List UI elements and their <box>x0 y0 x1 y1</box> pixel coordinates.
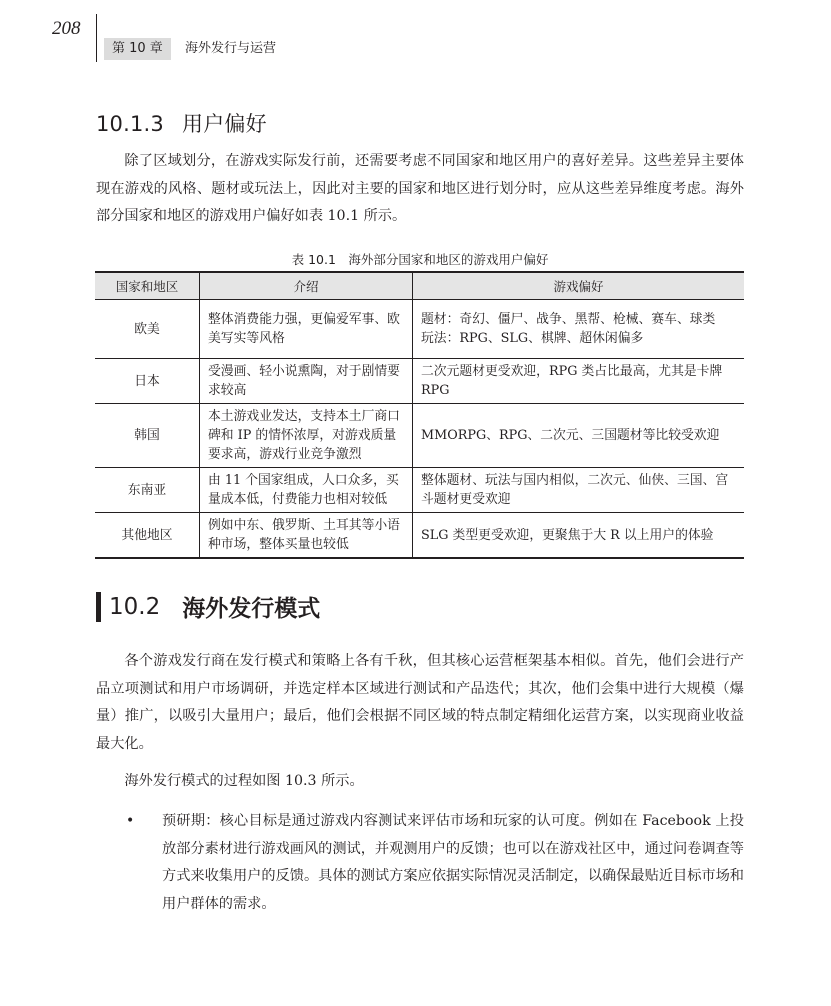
section-number: 10.2 <box>109 594 160 620</box>
preference-cell: MMORPG、RPG、二次元、三国题材等比较受欢迎 <box>413 404 745 468</box>
table-row: 日本 受漫画、轻小说熏陶，对于剧情要求较高 二次元题材更受欢迎，RPG 类占比最… <box>95 359 744 404</box>
intro-cell: 由 11 个国家组成，人口众多，买量成本低，付费能力也相对较低 <box>200 468 413 513</box>
region-cell: 韩国 <box>95 404 200 468</box>
chapter-title: 海外发行与运营 <box>185 38 276 60</box>
region-cell: 日本 <box>95 359 200 404</box>
table-row: 东南亚 由 11 个国家组成，人口众多，买量成本低，付费能力也相对较低 整体题材… <box>95 468 744 513</box>
preference-cell: 二次元题材更受欢迎，RPG 类占比最高，尤其是卡牌 RPG <box>413 359 745 404</box>
bullet-text: 预研期：核心目标是通过游戏内容测试来评估市场和玩家的认可度。例如在 Facebo… <box>162 808 744 918</box>
table-row: 欧美 整体消费能力强，更偏爱军事、欧美写实等风格 题材：奇幻、僵尸、战争、黑帮、… <box>95 300 744 359</box>
region-cell: 其他地区 <box>95 513 200 559</box>
table-row: 韩国 本土游戏业发达，支持本土厂商口碑和 IP 的情怀浓厚，对游戏质量要求高，游… <box>95 404 744 468</box>
body-paragraph: 除了区域划分，在游戏实际发行前，还需要考虑不同国家和地区用户的喜好差异。这些差异… <box>96 148 744 231</box>
preference-cell: SLG 类型更受欢迎，更聚焦于大 R 以上用户的体验 <box>413 513 745 559</box>
table-row: 其他地区 例如中东、俄罗斯、土耳其等小语种市场，整体买量也较低 SLG 类型更受… <box>95 513 744 559</box>
section-title: 用户偏好 <box>182 112 267 136</box>
preference-cell: 题材：奇幻、僵尸、战争、黑帮、枪械、赛车、球类 玩法：RPG、SLG、棋牌、超休… <box>413 300 745 359</box>
column-header-region: 国家和地区 <box>95 272 200 300</box>
table-caption: 表 10.1 海外部分国家和地区的游戏用户偏好 <box>96 250 744 268</box>
preference-cell: 整体题材、玩法与国内相似，二次元、仙侠、三国、宫斗题材更受欢迎 <box>413 468 745 513</box>
region-cell: 东南亚 <box>95 468 200 513</box>
preference-theme: 题材：奇幻、僵尸、战争、黑帮、枪械、赛车、球类 <box>421 310 736 329</box>
bullet-icon: • <box>126 808 134 836</box>
section-number: 10.1.3 <box>96 112 164 136</box>
section-title: 海外发行模式 <box>182 590 320 623</box>
chapter-tag: 第 10 章 <box>104 38 171 60</box>
column-header-preference: 游戏偏好 <box>413 272 745 300</box>
region-cell: 欧美 <box>95 300 200 359</box>
table-header-row: 国家和地区 介绍 游戏偏好 <box>95 272 744 300</box>
intro-cell: 本土游戏业发达，支持本土厂商口碑和 IP 的情怀浓厚，对游戏质量要求高，游戏行业… <box>200 404 413 468</box>
body-paragraph: 各个游戏发行商在发行模式和策略上各有千秋，但其核心运营框架基本相似。首先，他们会… <box>96 648 744 758</box>
intro-cell: 整体消费能力强，更偏爱军事、欧美写实等风格 <box>200 300 413 359</box>
page-number: 208 <box>52 18 81 40</box>
heading-bar-marker <box>96 592 101 622</box>
bullet-list-item: • 预研期：核心目标是通过游戏内容测试来评估市场和玩家的认可度。例如在 Face… <box>96 808 744 918</box>
body-paragraph: 海外发行模式的过程如图 10.3 所示。 <box>96 768 744 796</box>
intro-cell: 例如中东、俄罗斯、土耳其等小语种市场，整体买量也较低 <box>200 513 413 559</box>
section-heading-10-1-3: 10.1.3用户偏好 <box>96 108 267 138</box>
preference-gameplay: 玩法：RPG、SLG、棋牌、超休闲偏多 <box>421 329 736 348</box>
header-divider <box>96 14 97 62</box>
column-header-intro: 介绍 <box>200 272 413 300</box>
intro-cell: 受漫画、轻小说熏陶，对于剧情要求较高 <box>200 359 413 404</box>
section-heading-10-2: 10.2 海外发行模式 <box>96 590 320 623</box>
user-preference-table: 国家和地区 介绍 游戏偏好 欧美 整体消费能力强，更偏爱军事、欧美写实等风格 题… <box>95 271 744 559</box>
